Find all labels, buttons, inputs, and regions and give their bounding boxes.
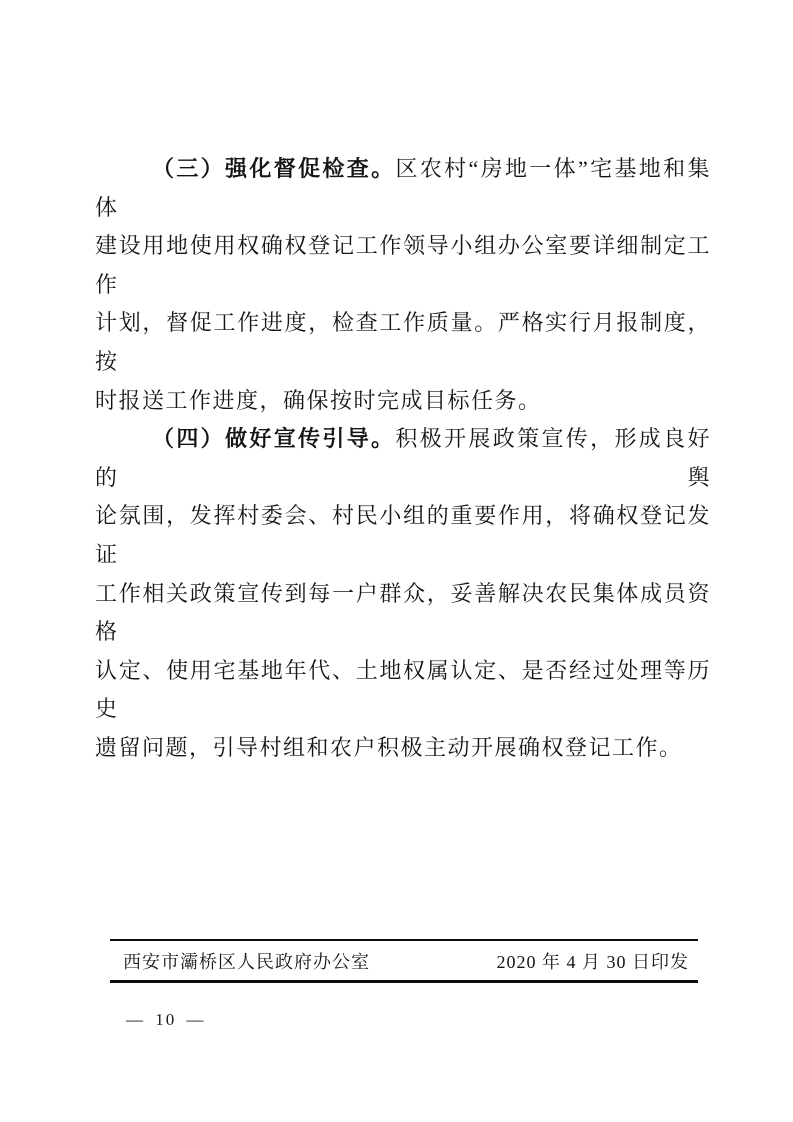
paragraph-4-heading: （四）做好宣传引导。 (152, 426, 395, 451)
paragraph-4-line-2: 论氛围，发挥村委会、村民小组的重要作用，将确权登记发证 (95, 497, 711, 574)
paragraph-4-line-5: 遗留问题，引导村组和农户积极主动开展确权登记工作。 (95, 729, 711, 768)
paragraph-3-line-4: 时报送工作进度，确保按时完成目标任务。 (95, 382, 711, 421)
paragraph-3-heading: （三）强化督促检查。 (152, 156, 395, 181)
paragraph-4: （四）做好宣传引导。积极开展政策宣传，形成良好的舆 论氛围，发挥村委会、村民小组… (95, 420, 711, 767)
footer-print-date: 2020 年 4 月 30 日印发 (497, 948, 690, 974)
paragraph-3-line-3: 计划，督促工作进度，检查工作质量。严格实行月报制度，按 (95, 304, 711, 381)
paragraph-4-line-4: 认定、使用宅基地年代、土地权属认定、是否经过处理等历史 (95, 652, 711, 729)
paragraph-4-line-1: （四）做好宣传引导。积极开展政策宣传，形成良好的舆 (95, 420, 711, 497)
footer-issuer: 西安市灞桥区人民政府办公室 (123, 948, 370, 974)
paragraph-4-line-3: 工作相关政策宣传到每一户群众，妥善解决农民集体成员资格 (95, 575, 711, 652)
paragraph-3-line-2: 建设用地使用权确权登记工作领导小组办公室要详细制定工作 (95, 227, 711, 304)
document-body: （三）强化督促检查。区农村“房地一体”宅基地和集体 建设用地使用权确权登记工作领… (95, 150, 711, 768)
print-footer: 西安市灞桥区人民政府办公室 2020 年 4 月 30 日印发 (110, 939, 698, 983)
paragraph-3-line-1: （三）强化督促检查。区农村“房地一体”宅基地和集体 (95, 150, 711, 227)
document-page: （三）强化督促检查。区农村“房地一体”宅基地和集体 建设用地使用权确权登记工作领… (0, 0, 793, 1122)
page-number: — 10 — (126, 1010, 206, 1030)
paragraph-3: （三）强化督促检查。区农村“房地一体”宅基地和集体 建设用地使用权确权登记工作领… (95, 150, 711, 420)
